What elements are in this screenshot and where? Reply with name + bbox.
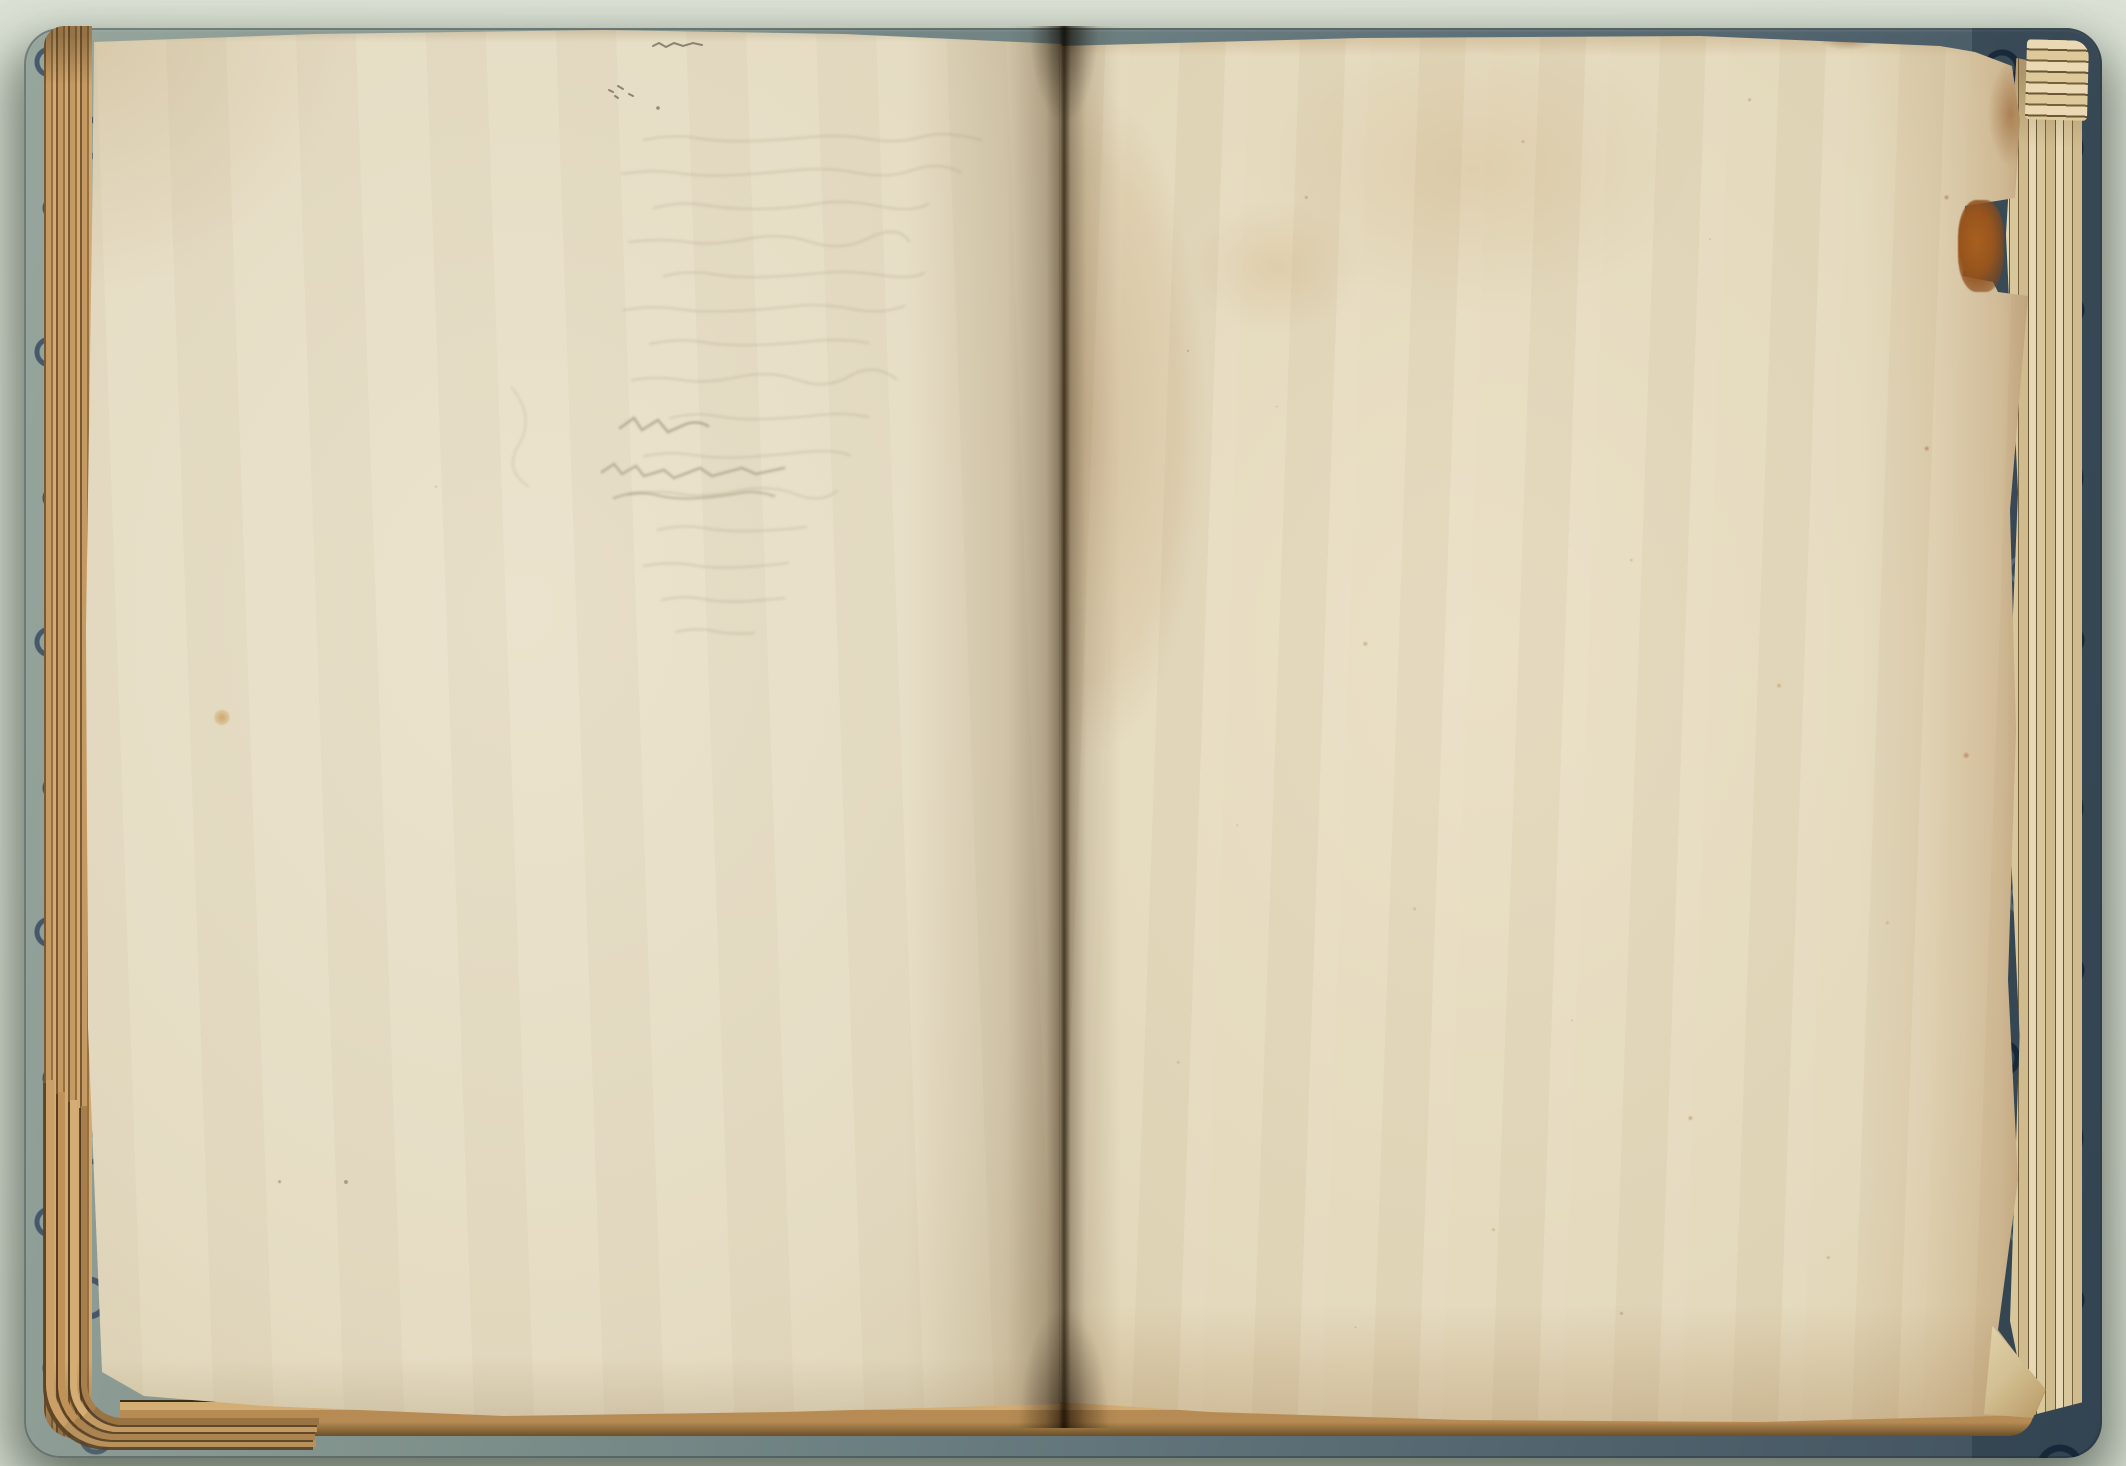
cover-marble-pattern-right <box>1972 28 2102 1458</box>
bleed-through-writing <box>84 28 1062 1418</box>
page-edges-right <box>2002 58 2082 1416</box>
dogear-fold <box>1984 1322 2054 1418</box>
book-gutter <box>1008 26 1120 1428</box>
right-page <box>1060 30 2045 1425</box>
page-edge-ring-4 <box>81 1106 319 1425</box>
page-edges-left <box>44 26 92 1438</box>
book-cover-marbled <box>24 28 2102 1458</box>
page-edge-ring-3 <box>70 1100 317 1432</box>
page-edges-bottom <box>120 1400 2034 1436</box>
page-edges-top-right-corner <box>2025 39 2089 121</box>
page-edge-ring-1 <box>46 1080 316 1447</box>
torn-edge-rust-stain <box>1958 200 2004 292</box>
photo-background <box>0 0 2126 1466</box>
page-edge-ring-2 <box>58 1092 315 1440</box>
left-page <box>84 28 1062 1418</box>
cover-marble-pattern-left <box>24 28 144 1458</box>
